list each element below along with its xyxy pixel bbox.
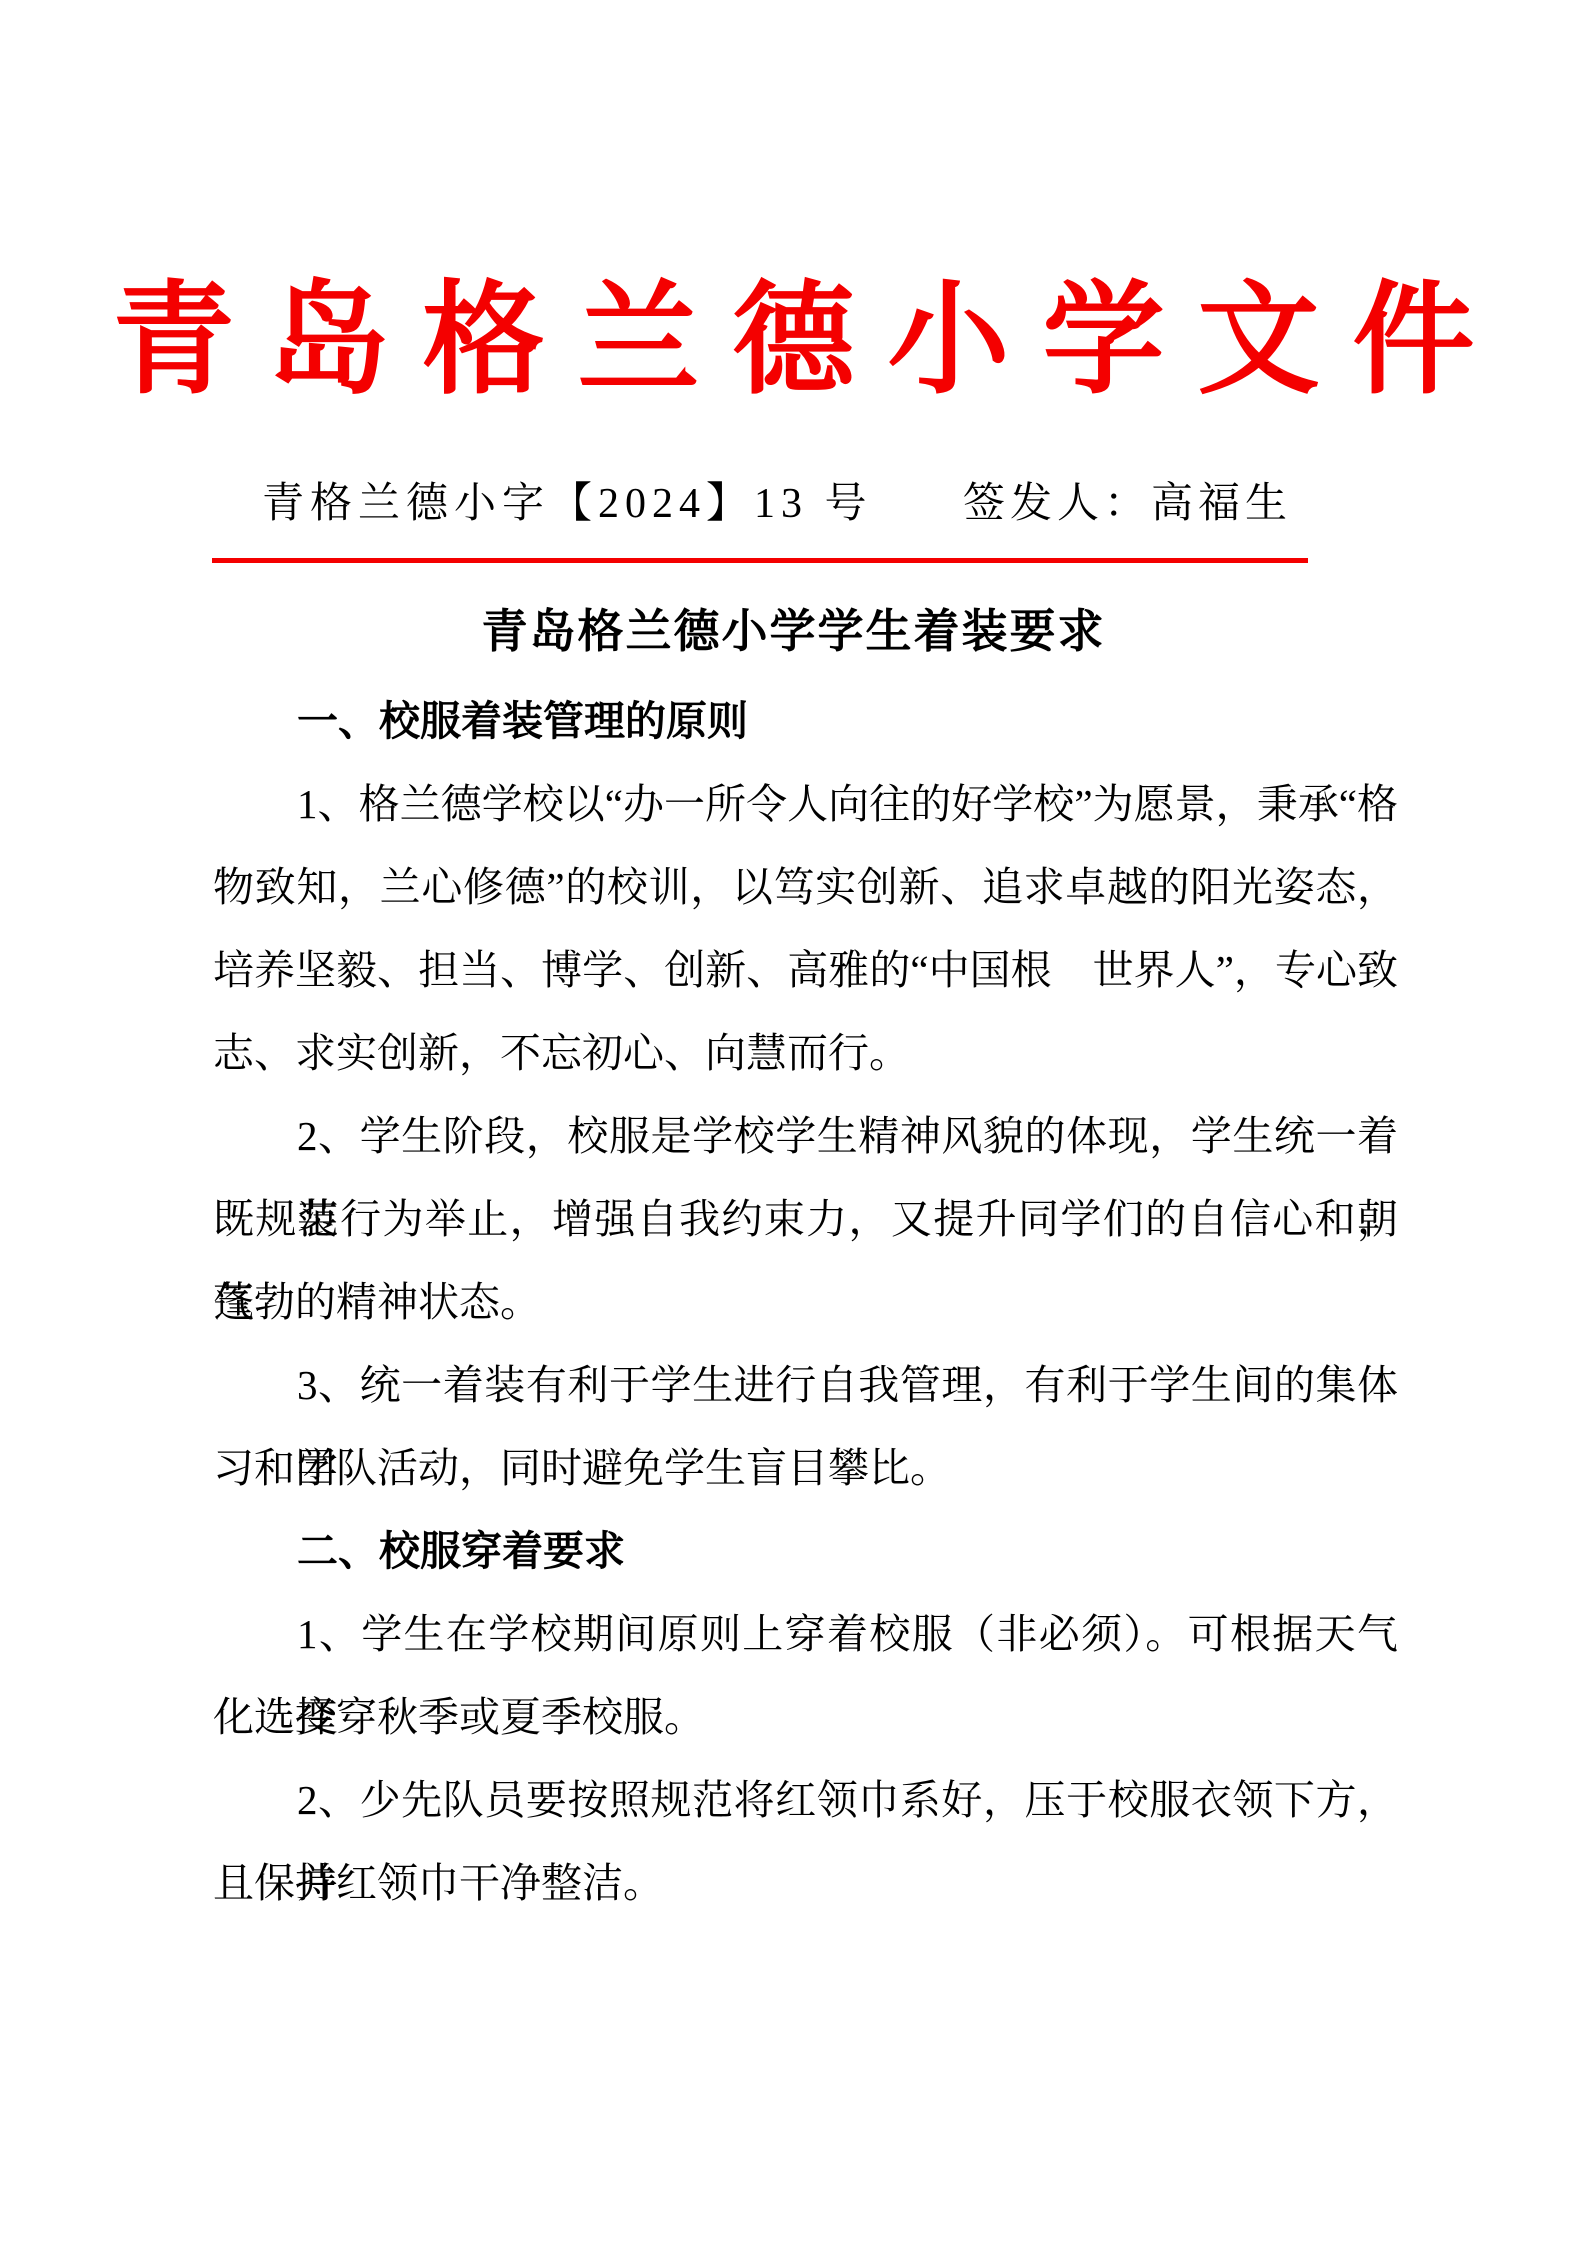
body-line: 1、学生在学校期间原则上穿着校服（非必须）。可根据天气变: [213, 1593, 1398, 1676]
document-page: 青岛格兰德小学文件 青格兰德小字【2024】13 号 签发人：高福生 青岛格兰德…: [0, 0, 1587, 2245]
body-line: 蓬勃的精神状态。: [213, 1261, 1398, 1344]
document-body: 一、校服着装管理的原则 1、格兰德学校以“办一所令人向往的好学校”为愿景，秉承“…: [213, 680, 1398, 1925]
body-line: 2、学生阶段，校服是学校学生精神风貌的体现，学生统一着装，: [213, 1095, 1398, 1178]
section-heading: 二、校服穿着要求: [213, 1510, 1398, 1593]
body-line: 3、统一着装有利于学生进行自我管理，有利于学生间的集体学: [213, 1344, 1398, 1427]
body-line: 2、少先队员要按照规范将红领巾系好，压于校服衣领下方，并: [213, 1759, 1398, 1842]
body-line: 且保持红领巾干净整洁。: [213, 1842, 1398, 1925]
body-line: 培养坚毅、担当、博学、创新、高雅的“中国根 世界人”，专心致: [213, 929, 1398, 1012]
body-line: 化选择穿秋季或夏季校服。: [213, 1676, 1398, 1759]
section-heading: 一、校服着装管理的原则: [213, 680, 1398, 763]
body-line: 习和团队活动，同时避免学生盲目攀比。: [213, 1427, 1398, 1510]
body-line: 志、求实创新，不忘初心、向慧而行。: [213, 1012, 1398, 1095]
body-line: 1、格兰德学校以“办一所令人向往的好学校”为愿景，秉承“格: [213, 763, 1398, 846]
red-separator-line: [212, 558, 1308, 563]
body-line: 既规范行为举止，增强自我约束力，又提升同学们的自信心和朝气: [213, 1178, 1398, 1261]
body-line: 物致知，兰心修德”的校训，以笃实创新、追求卓越的阳光姿态，: [213, 846, 1398, 929]
doc-number: 青格兰德小字【2024】13 号: [262, 478, 873, 530]
letterhead-title: 青岛格兰德小学文件: [0, 272, 1587, 412]
doc-number-row: 青格兰德小字【2024】13 号 签发人：高福生: [262, 478, 1292, 530]
document-title: 青岛格兰德小学学生着装要求: [0, 603, 1587, 659]
issuer-name: 签发人：高福生: [963, 478, 1292, 530]
